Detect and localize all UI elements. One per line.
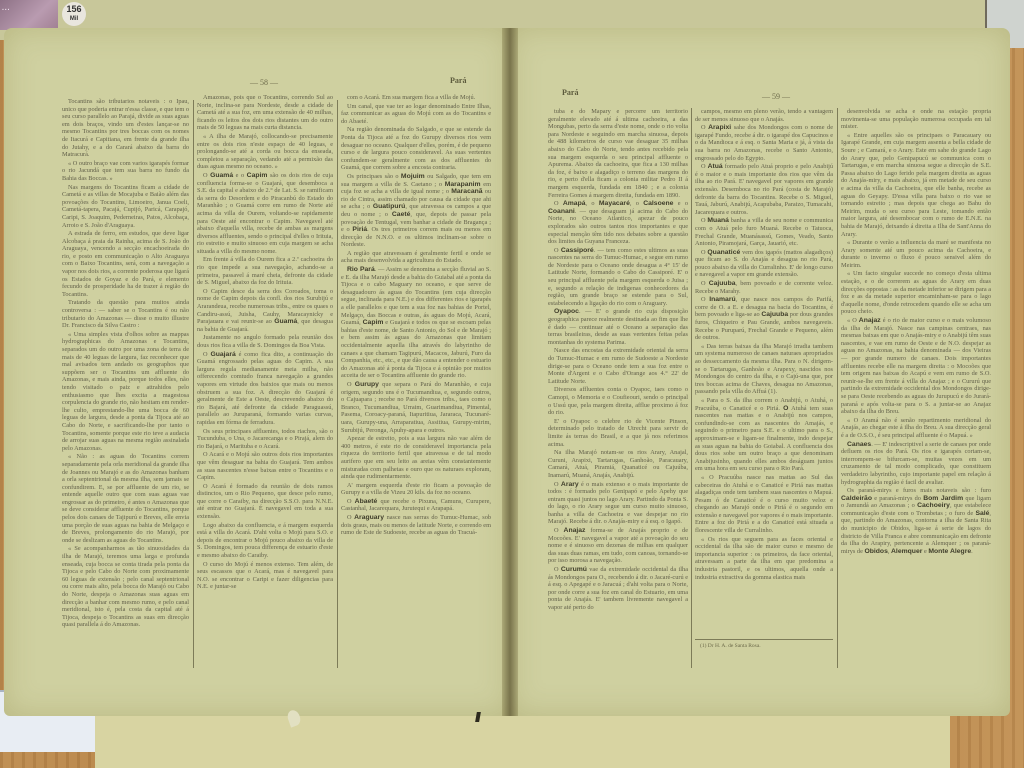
paragraph: A estrada de ferro, em estudos, que deve… bbox=[62, 230, 189, 298]
footnote-rule bbox=[695, 639, 833, 640]
paragraph: « O Aramá não é senão repartimento merid… bbox=[841, 417, 991, 440]
paragraph: « Entre aquelles são os principaes o Par… bbox=[841, 132, 991, 238]
paragraph: « Um facto singular succede no começo d'… bbox=[841, 270, 991, 316]
paragraph: Justamente no angulo formado pela reuniã… bbox=[197, 334, 333, 349]
badge-value: 156 bbox=[66, 4, 81, 14]
paragraph: O Acará é formado da reunião de dois ram… bbox=[197, 483, 333, 521]
bold-term: Guamá bbox=[210, 172, 233, 179]
text-column-3: desenvolvida se acha e onde na estação p… bbox=[841, 108, 991, 678]
paragraph: « Durante o verão a influencia da maré s… bbox=[841, 239, 991, 269]
bold-term: Marapanim bbox=[445, 181, 481, 188]
bold-term: Piriá bbox=[352, 226, 367, 233]
paragraph: O Inamarú, que nasce nos campos do Parif… bbox=[695, 296, 833, 342]
text-column-3: com o Acará. Em sua margem fica a villa … bbox=[341, 94, 491, 672]
paragraph: Os seus principaes affluentes, todos ria… bbox=[197, 428, 333, 451]
paragraph: « O Anajaz é o rio de maior curso e o ma… bbox=[841, 317, 991, 416]
paragraph: O Arapixi sahe dos Mondongos com o nome … bbox=[695, 124, 833, 162]
paragraph: Logo abaixo da confluencia, e á margem e… bbox=[197, 522, 333, 560]
bold-term: Guatipurú bbox=[373, 203, 405, 210]
bold-term: Caeté bbox=[392, 211, 411, 218]
bold-term: Inamarú bbox=[709, 296, 735, 303]
bold-term: Bom Jardim bbox=[923, 495, 963, 502]
paragraph: « Se acompanharmos as tão sinuosidades d… bbox=[62, 545, 189, 629]
paragraph: O Guamá e o Capim são os dois rios de cu… bbox=[197, 172, 333, 256]
paragraph: campos, mesmo em pleno verão, tendo a va… bbox=[695, 108, 833, 123]
paragraph: O Atuá formado pelo Atuá proprio e pelo … bbox=[695, 163, 833, 216]
right-page: Pará — 59 — tuba e do Mapary e percorre … bbox=[510, 28, 1010, 716]
bold-term: Arapixi bbox=[708, 124, 731, 131]
bold-term: Mojuim bbox=[401, 173, 425, 180]
paragraph: desenvolvida se acha e onde na estação p… bbox=[841, 108, 991, 131]
paragraph: O Cassiporé. — tem como estes ultimos as… bbox=[548, 247, 688, 308]
paragraph: « A ilha de Marajó, collocando-se precis… bbox=[197, 133, 333, 171]
paragraph: Um canal, que vae ter ao logar denominad… bbox=[341, 103, 491, 126]
paragraph: Nas margens do Tocantins ficam a cidade … bbox=[62, 184, 189, 230]
price-badge: 156 Mil bbox=[62, 2, 86, 26]
paragraph: com o Acará. Em sua margem fica a villa … bbox=[341, 94, 491, 102]
paragraph: A' margem esquerda d'este rio ficam a po… bbox=[341, 482, 491, 497]
paragraph: O Capim desce da serra dos Coroados, tom… bbox=[197, 288, 333, 334]
bold-term: Cassiporé bbox=[561, 247, 594, 254]
bold-term: Monte Alegre bbox=[928, 548, 971, 555]
paragraph: O Cajuuba, bem povoado e de corrente vel… bbox=[695, 280, 833, 295]
paragraph: O Araguary nasce nas serras do Tumuc-Hum… bbox=[341, 514, 491, 537]
paragraph: Tocantins são tributarios notaveis : o I… bbox=[62, 98, 189, 159]
bold-term: Rio Pará bbox=[347, 266, 375, 273]
paragraph: « O outro braço vae com varios igarapés … bbox=[62, 160, 189, 183]
paragraph: E' o Oyapoc o celebre rio de Vicente Pin… bbox=[548, 418, 688, 448]
footnote: (1) Dr H. A. de Santa Rosa. bbox=[700, 643, 761, 649]
bold-term: Gurupy bbox=[355, 381, 379, 388]
open-book: — 58 — Pará Tocantins são tributarios no… bbox=[4, 28, 1010, 716]
running-head: Pará bbox=[562, 88, 578, 97]
paragraph: Nasce das encostas da extremidade orient… bbox=[548, 347, 688, 385]
bold-term: Caldeirão bbox=[841, 495, 872, 502]
bold-term: Obidos bbox=[864, 548, 887, 555]
magazine-cover-corner: ... bbox=[0, 0, 58, 30]
column-rule bbox=[193, 100, 194, 668]
bold-term: Muaná bbox=[707, 217, 729, 224]
book-gutter bbox=[502, 28, 518, 716]
text-column-2: Amazonas, pois que o Tocantins, correndo… bbox=[197, 94, 333, 672]
bold-term: Canaes bbox=[847, 441, 871, 448]
paragraph: « Os rios que seguem para as faces orien… bbox=[695, 536, 833, 582]
bold-term: Cachoeiry bbox=[917, 502, 950, 509]
bold-term: Calsoene bbox=[643, 200, 673, 207]
paragraph: « Das terras baixas da ilha Marajó irrad… bbox=[695, 343, 833, 396]
bold-term: Amapá bbox=[563, 200, 586, 207]
bold-term: Capim bbox=[247, 172, 268, 179]
paragraph: O Muaná banha a villa de seu nome e comm… bbox=[695, 217, 833, 247]
text-column-1: tuba e do Mapary e percorre um territori… bbox=[548, 108, 688, 668]
paragraph: Em frente á villa do Ourem fica a 2.ª ca… bbox=[197, 256, 333, 286]
paragraph: Os principaes são o Mojuim ou Salgado, q… bbox=[341, 173, 491, 249]
paragraph: Amazonas, pois que o Tocantins, correndo… bbox=[197, 94, 333, 132]
badge-unit: Mil bbox=[62, 14, 86, 24]
bold-term: Capim bbox=[363, 319, 384, 326]
paragraph: Diversos affluentes conta o Oyapoc, taes… bbox=[548, 386, 688, 416]
paragraph: O Quanaticé vem dos igapós (mattos alaga… bbox=[695, 249, 833, 279]
paragraph: O Acará e o Mojú são outros dois rios im… bbox=[197, 451, 333, 481]
paragraph: O Gurupy que separa o Pará do Maranhão, … bbox=[341, 381, 491, 434]
column-rule bbox=[837, 108, 838, 668]
paragraph: Tratando da questão para muitos ainda co… bbox=[62, 299, 189, 329]
bold-term: Quanaticé bbox=[707, 249, 740, 256]
bold-term: Atuá bbox=[708, 163, 723, 170]
paragraph: O Amapá, o Mayacaré, o Calsoene e o Coan… bbox=[548, 200, 688, 246]
bold-term: Mayacaré bbox=[599, 200, 630, 207]
bold-term: Guamá bbox=[274, 318, 297, 325]
bold-term: Cajuuba bbox=[709, 280, 736, 287]
bold-term: Arary bbox=[561, 481, 579, 488]
paragraph: O Guajará é como fica dito, a continuaçã… bbox=[197, 351, 333, 427]
paragraph: O Arary é o mais extenso e o mais import… bbox=[548, 481, 688, 527]
bold-term: Alemquer bbox=[891, 548, 922, 555]
bold-term: Maracanã bbox=[451, 188, 482, 195]
paragraph: Rio Pará. — Assim se denomina a secção f… bbox=[341, 266, 491, 380]
paragraph: A região que atravessam é geralmente fer… bbox=[341, 250, 491, 265]
bold-term: Anajaz bbox=[859, 317, 881, 324]
paragraph: Na ilha Marajó notam-se os rios Arary, A… bbox=[548, 449, 688, 479]
paragraph: « O Pracuúba nasce nas mattas ao Sul das… bbox=[695, 474, 833, 535]
paragraph: Apezar de estreito, pois a sua largura n… bbox=[341, 435, 491, 481]
paragraph: Os paraná-mirys e furos mais notaveis sã… bbox=[841, 487, 991, 555]
paragraph: « Não : as aguas do Tocantins correm sep… bbox=[62, 453, 189, 544]
page-number: — 59 — bbox=[762, 92, 790, 101]
bold-term: O bbox=[783, 405, 788, 412]
bold-term: Salé bbox=[975, 510, 989, 517]
bold-term: Araguary bbox=[354, 514, 384, 521]
bold-term: Cajuuba bbox=[761, 311, 788, 318]
bold-term: Curumú bbox=[561, 566, 587, 573]
running-head: Pará bbox=[450, 76, 466, 85]
paragraph: « Uma simples vista d'olhos sobre as map… bbox=[62, 331, 189, 453]
paragraph: Na região denominada do Salgado, e que s… bbox=[341, 126, 491, 172]
left-page: — 58 — Pará Tocantins são tributarios no… bbox=[4, 28, 510, 716]
paragraph: Canaes. — E' indescriptivel a serie de c… bbox=[841, 441, 991, 487]
magazine-title: ... bbox=[2, 2, 10, 13]
bold-term: Abaeté bbox=[355, 498, 378, 505]
paragraph: tuba e do Mapary e percorre um territori… bbox=[548, 108, 688, 199]
paragraph: « Para o S. da ilha correm o Anabijú, o … bbox=[695, 397, 833, 473]
text-column-2: campos, mesmo em pleno verão, tendo a va… bbox=[695, 108, 833, 640]
paragraph: O Curumú vae da extremidade occidental d… bbox=[548, 566, 688, 612]
paragraph: O curso do Mojú é menos extenso. Tem alé… bbox=[197, 561, 333, 591]
bold-term: Guajará bbox=[210, 351, 235, 358]
paragraph: O Anajaz forma-se de Anajás proprio e de… bbox=[548, 527, 688, 565]
page-number: — 58 — bbox=[250, 78, 278, 87]
paragraph: Oyapoc. — E' o grande rio cuja disposiçã… bbox=[548, 308, 688, 346]
paragraph: O Abaeté que recebe o Pixuna, Camuns, Cu… bbox=[341, 498, 491, 513]
bold-term: Anajaz bbox=[564, 527, 586, 534]
column-rule bbox=[691, 108, 692, 668]
bold-term: Oyapoc bbox=[554, 308, 579, 315]
text-column-1: Tocantins são tributarios notaveis : o I… bbox=[62, 98, 189, 668]
bold-term: Coanani bbox=[548, 208, 575, 215]
column-rule bbox=[337, 100, 338, 668]
